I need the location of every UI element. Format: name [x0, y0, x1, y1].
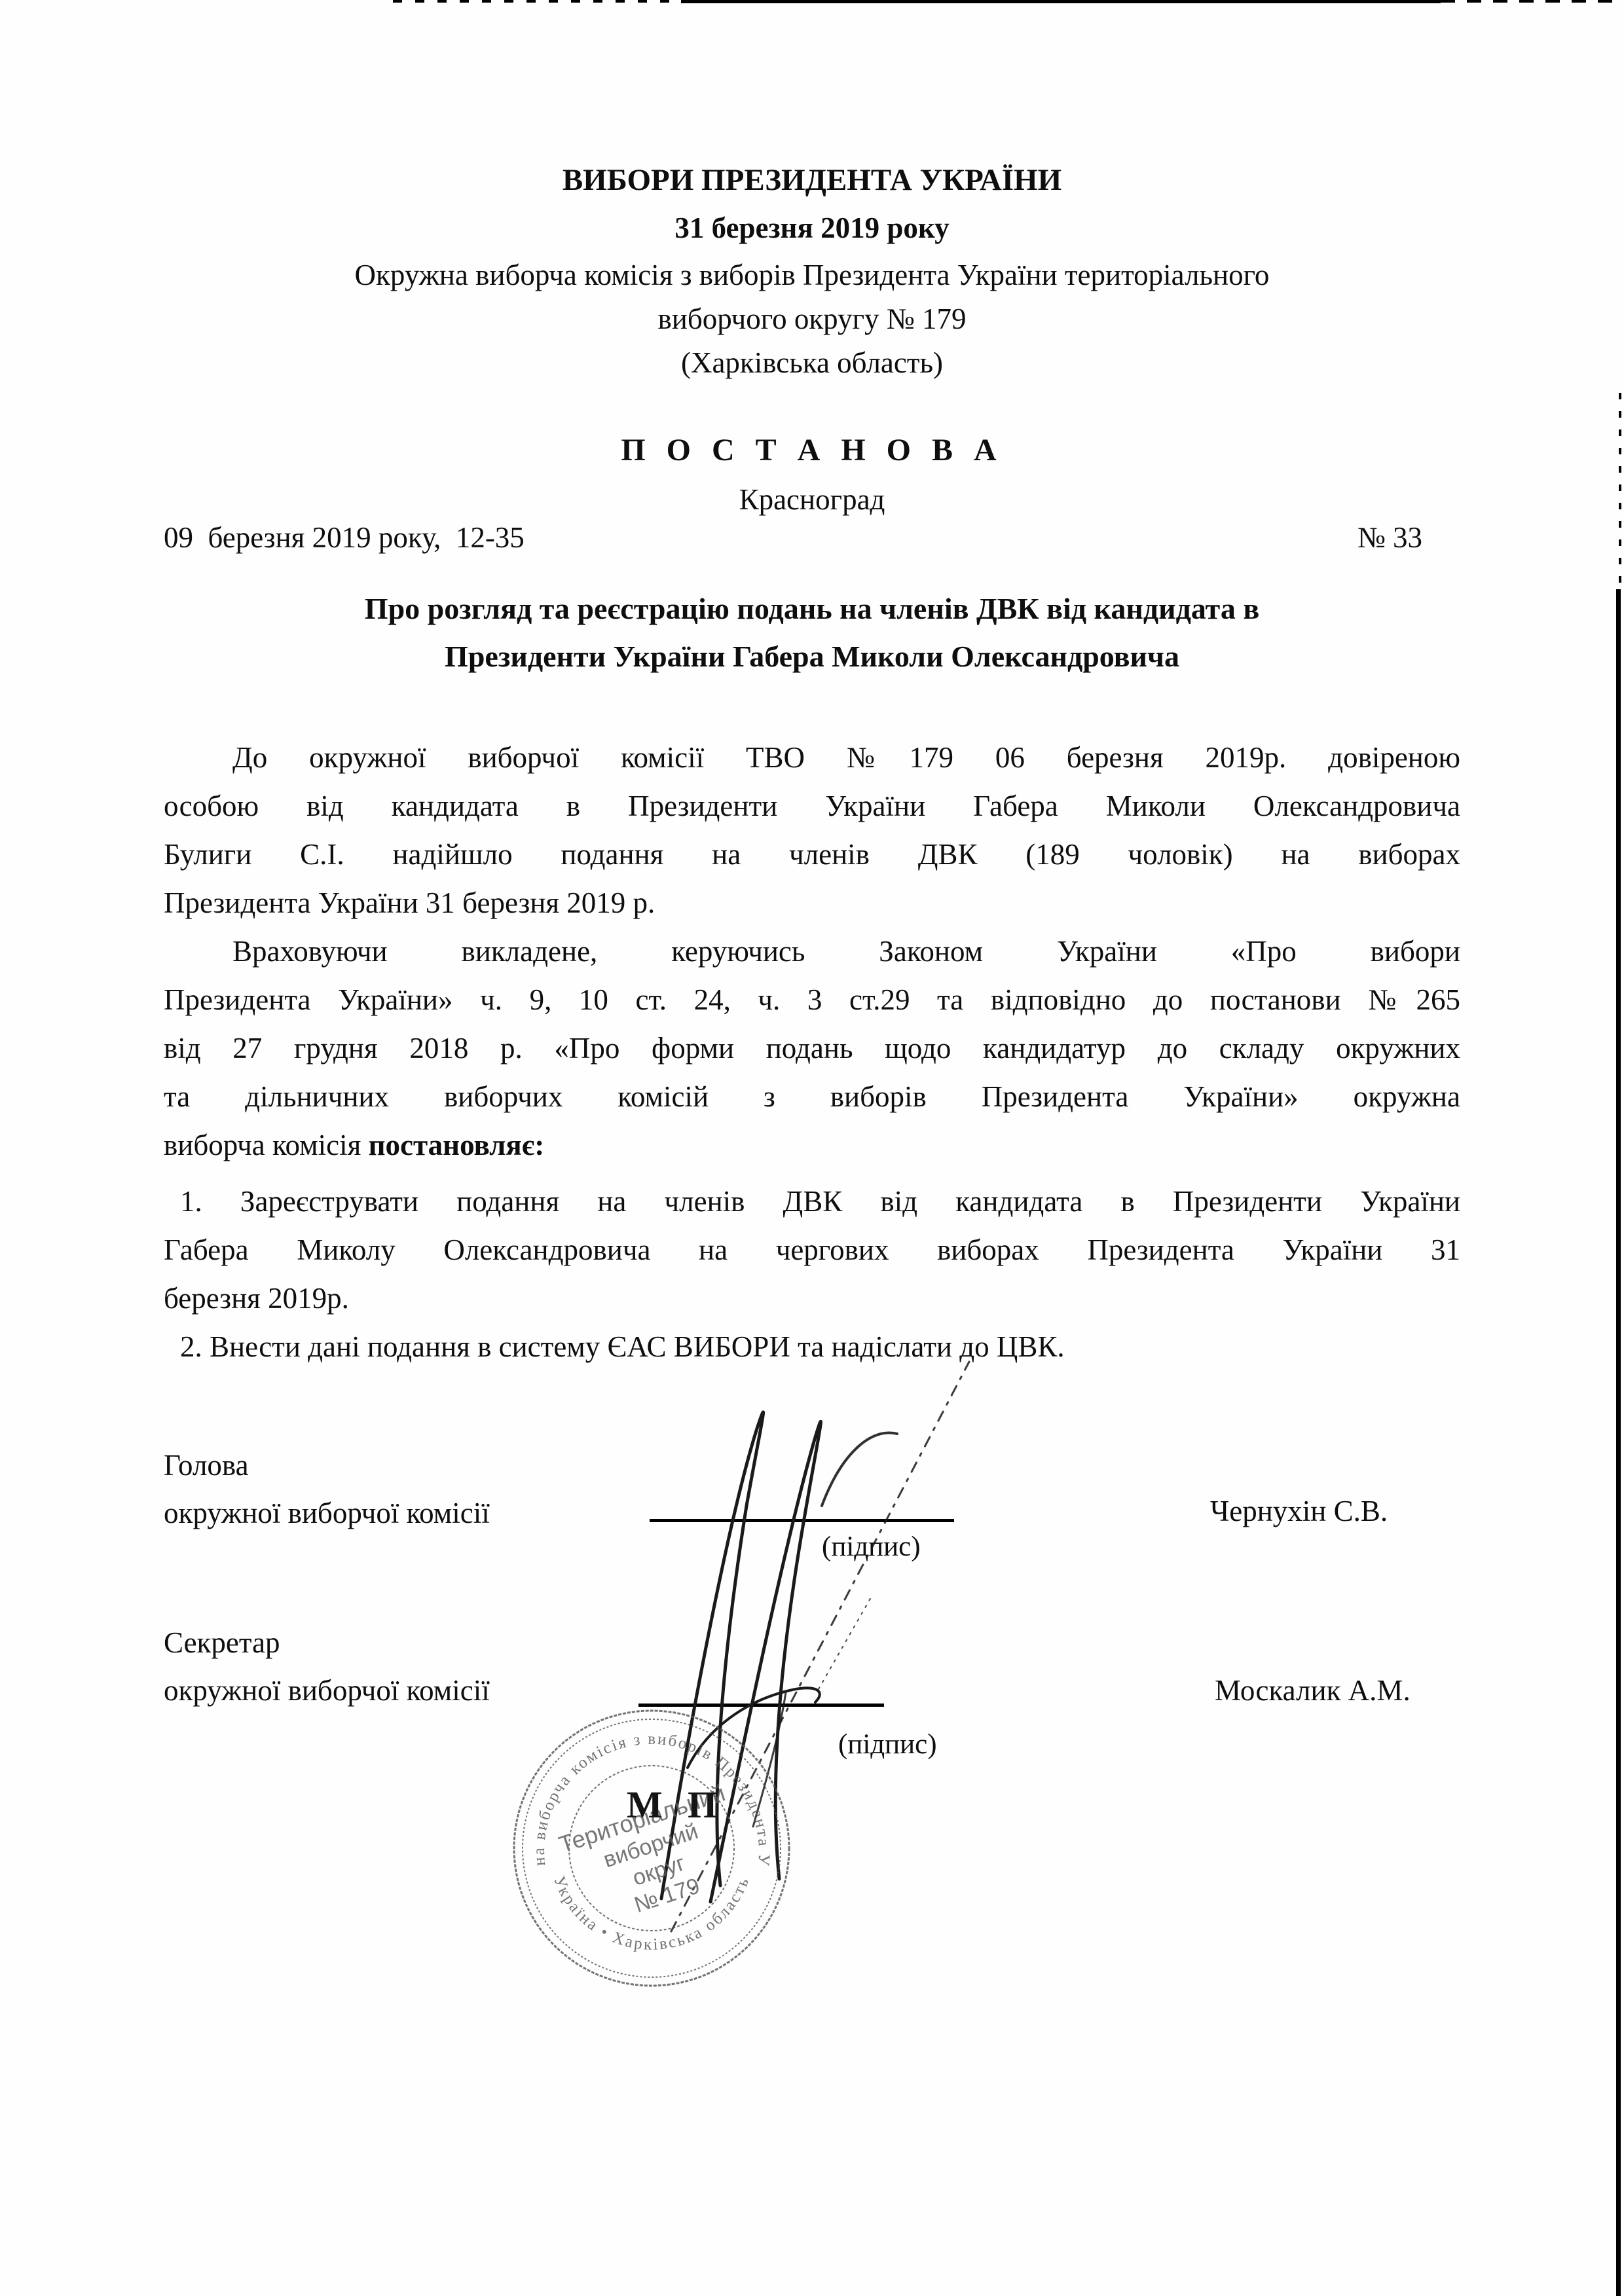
document-title-line1: ВИБОРИ ПРЕЗИДЕНТА УКРАЇНИ: [0, 162, 1624, 198]
subject-line2: Президенти України Габера Миколи Олексан…: [0, 639, 1624, 674]
resolution-item1-line: 1. Зареєструвати подання на членів ДВК в…: [164, 1177, 1460, 1226]
resolution-item1-line: березня 2019р.: [164, 1274, 1460, 1322]
resolution-item1-line: Габера Миколу Олександровича на чергових…: [164, 1226, 1460, 1274]
sig1-role-line2: окружної виборчої комісії: [164, 1496, 490, 1530]
document-city: Красноград: [0, 483, 1624, 517]
paragraph1-line: Булиги С.І. надійшло подання на членів Д…: [164, 830, 1460, 879]
document-type-heading: П О С Т А Н О В А: [0, 432, 1624, 468]
sig1-name: Чернухін С.В.: [1210, 1494, 1388, 1528]
scanned-document-page: ВИБОРИ ПРЕЗИДЕНТА УКРАЇНИ 31 березня 201…: [0, 0, 1624, 2296]
paragraph1-line: Президента України 31 березня 2019 р.: [164, 879, 1460, 927]
paragraph1-line: особою від кандидата в Президенти Україн…: [164, 782, 1460, 830]
paragraph2-last-line: виборча комісія постановляє:: [164, 1121, 1460, 1169]
paragraph2-line: та дільничних виборчих комісій з виборів…: [164, 1072, 1460, 1121]
scan-artifact-right-edge-line: [1616, 589, 1621, 2296]
subject-line1: Про розгляд та реєстрацію подань на член…: [0, 591, 1624, 626]
paragraph2-resolves-bold: постановляє:: [369, 1129, 545, 1161]
paragraph1-line: До окружної виборчої комісії ТВО №179 06…: [164, 733, 1460, 782]
scan-artifact-top-edge-dashes-right: [1441, 0, 1624, 3]
stamp-mp-mark: М П: [627, 1783, 725, 1826]
document-date-time: 09 березня 2019 року, 12-35: [164, 520, 525, 555]
official-round-stamp: Окружна виборча комісія з виборів Презид…: [504, 1701, 799, 1995]
paragraph2-line: Президента України» ч. 9, 10 ст. 24, ч. …: [164, 975, 1460, 1024]
org-region-line: (Харківська область): [0, 346, 1624, 380]
paragraph2-line: Враховуючи викладене, керуючись Законом …: [164, 927, 1460, 975]
sig2-role-line1: Секретар: [164, 1626, 280, 1660]
paragraph2-line: від 27 грудня 2018 р. «Про форми подань …: [164, 1024, 1460, 1072]
org-name-line1: Окружна виборча комісія з виборів Презид…: [0, 258, 1624, 292]
org-name-line2: виборчого округу № 179: [0, 302, 1624, 336]
document-body: До окружної виборчої комісії ТВО №179 06…: [164, 733, 1460, 1371]
scan-artifact-top-edge-dashes-left: [393, 0, 681, 3]
sig2-name: Москалик А.М.: [1215, 1673, 1411, 1707]
document-title-line2: 31 березня 2019 року: [0, 211, 1624, 245]
sig1-role-line1: Голова: [164, 1448, 249, 1482]
sig2-role-line2: окружної виборчої комісії: [164, 1673, 490, 1707]
meta-row: 09 березня 2019 року, 12-35 № 33: [164, 520, 1460, 555]
scan-artifact-top-edge-line: [681, 0, 1441, 3]
paragraph2-normal-text: виборча комісія: [164, 1129, 369, 1161]
document-number: № 33: [1357, 520, 1422, 555]
